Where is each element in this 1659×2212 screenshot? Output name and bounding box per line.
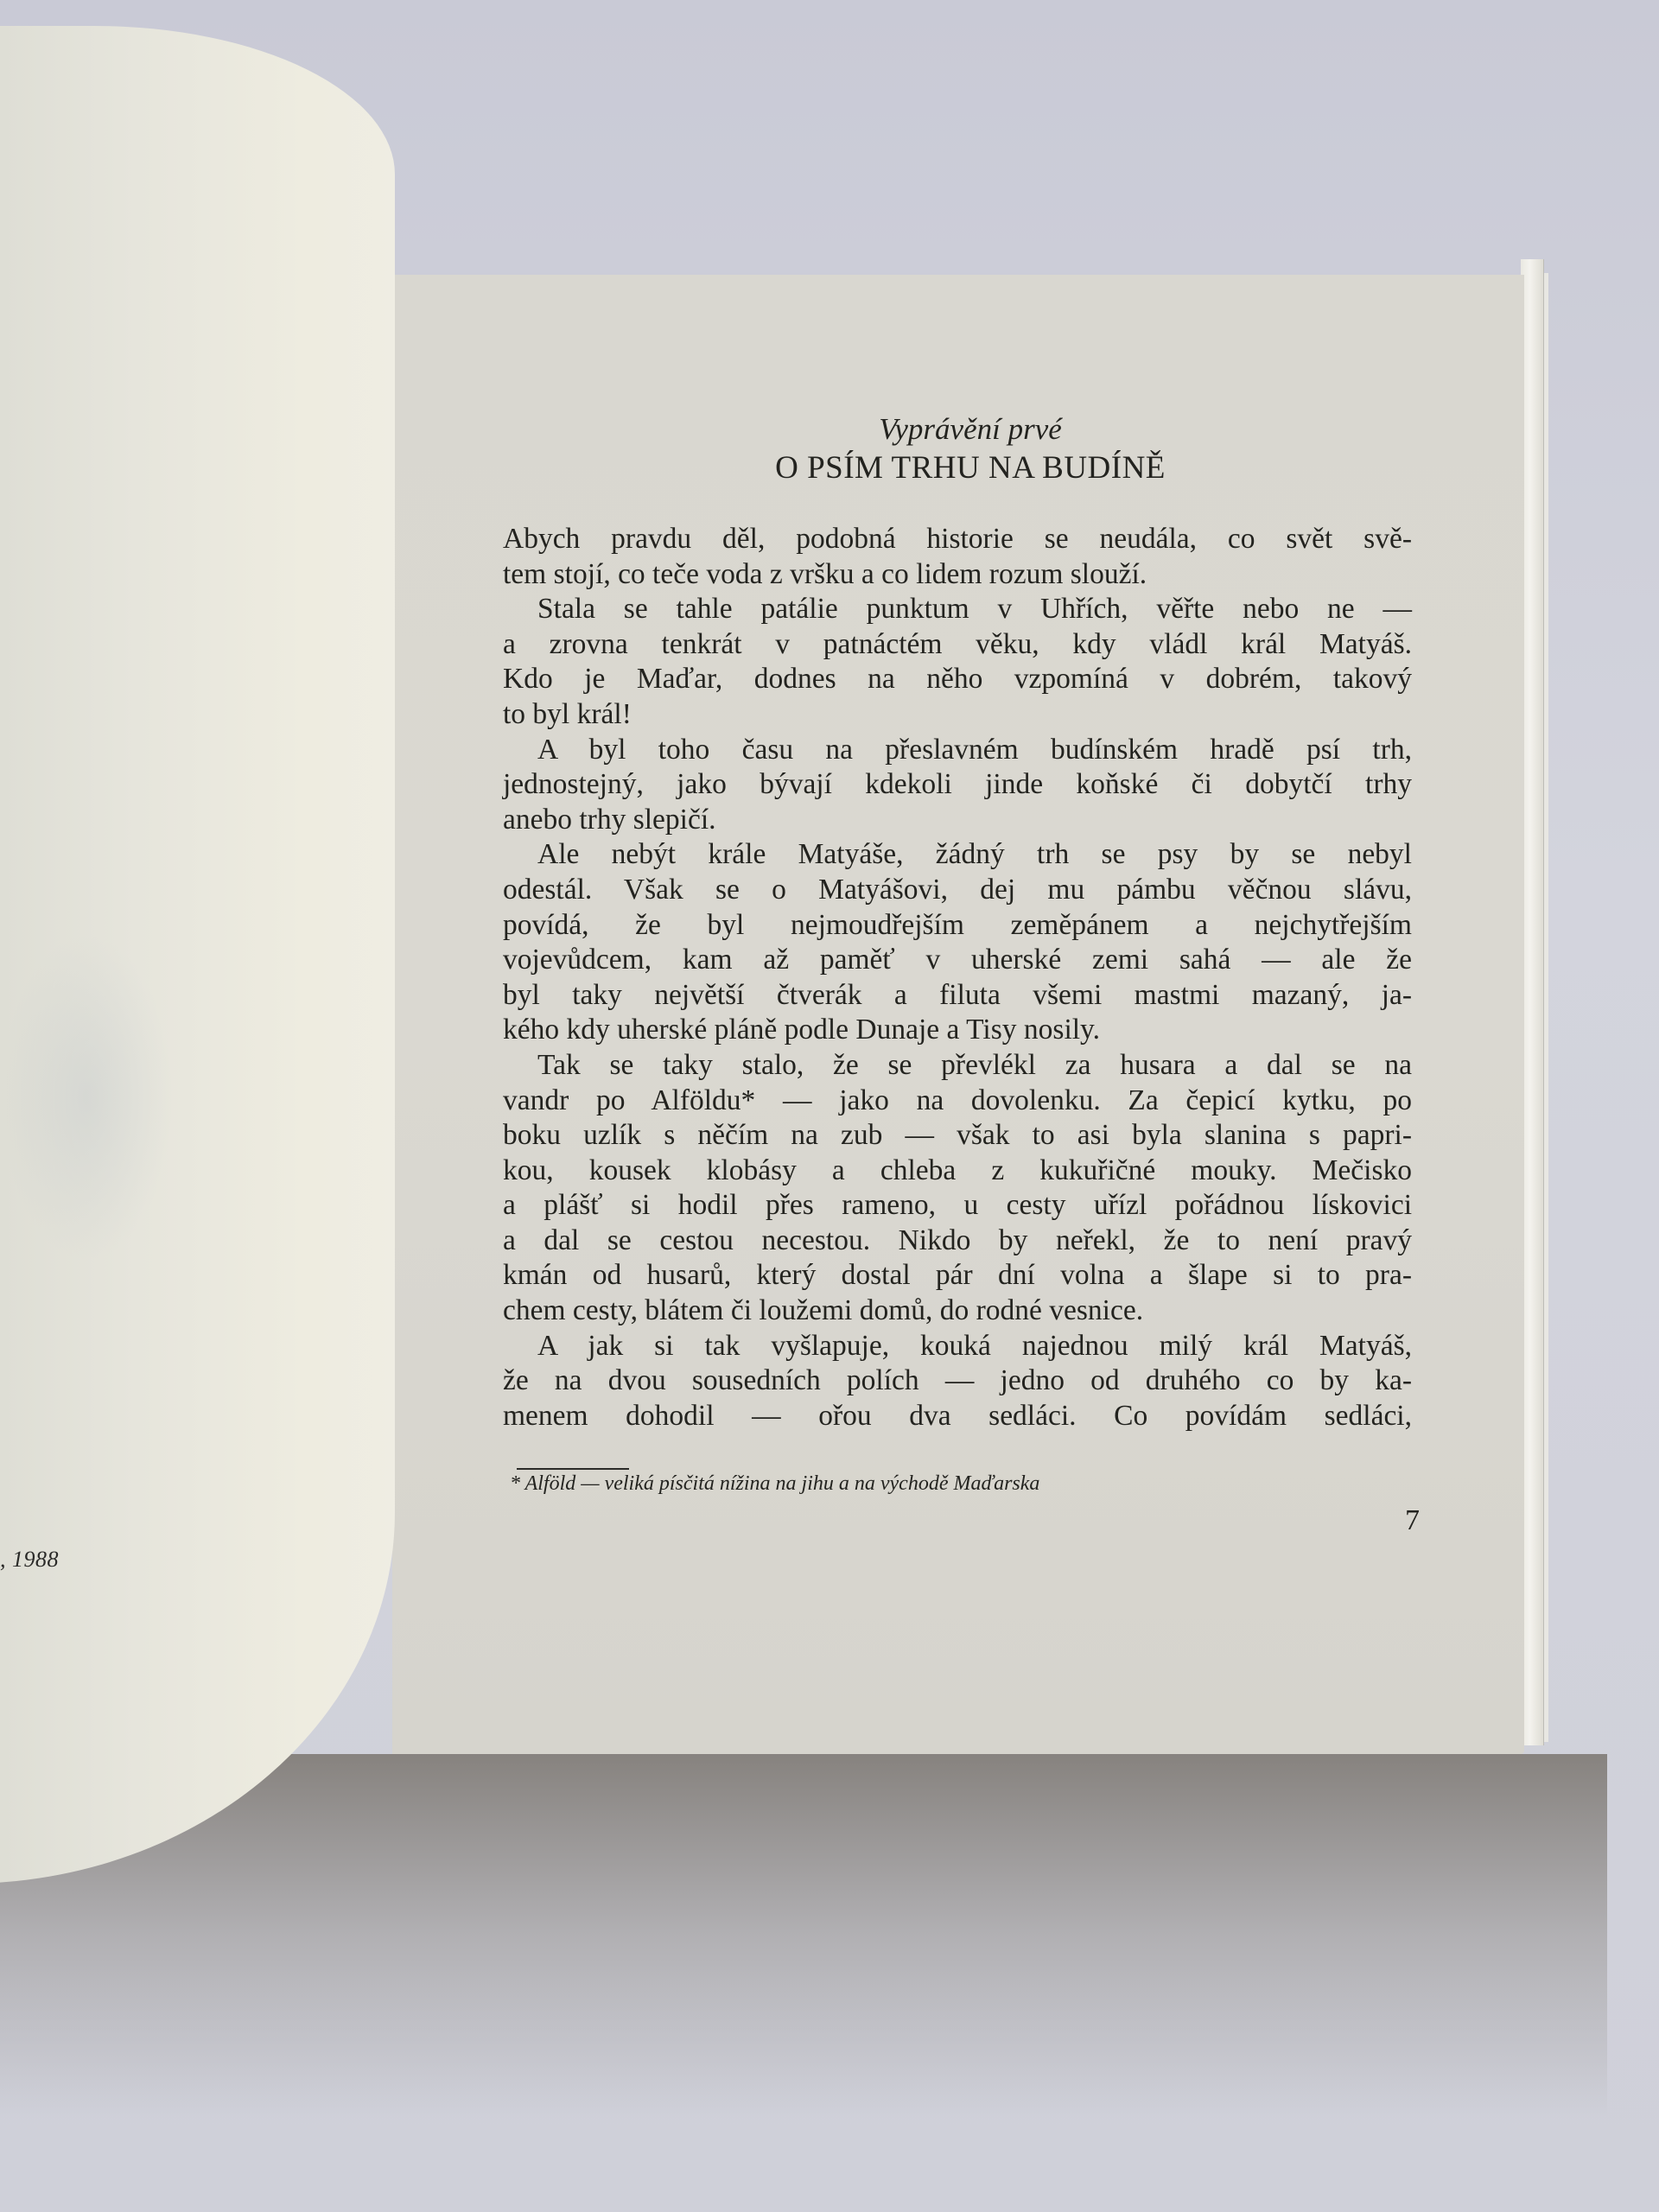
text-line: odestál. Však se o Matyášovi, dej mu pám… [503,873,1412,908]
text-line: anebo trhy slepičí. [503,803,1412,838]
text-line: vojevůdcem, kam až paměť v uherské zemi … [503,943,1412,978]
text-line: a plášť si hodil přes rameno, u cesty uř… [503,1188,1412,1224]
paragraph: Stala se tahle patálie punktum v Uhřích,… [503,592,1412,732]
paragraph: A jak si tak vyšlapuje, kouká najednou m… [503,1329,1412,1434]
text-line: byl taky největší čtverák a filuta všemi… [503,978,1412,1014]
footnote-rule [517,1468,629,1470]
text-line: povídá, že byl nejmoudřejším zeměpánem a… [503,908,1412,944]
text-line: Stala se tahle patálie punktum v Uhřích,… [503,592,1412,627]
page-stack-edge [1521,259,1544,1745]
text-line: Kdo je Maďar, dodnes na něho vzpomíná v … [503,662,1412,697]
text-line: že na dvou sousedních polích — jedno od … [503,1363,1412,1399]
show-through-illustration [0,933,173,1262]
paragraph: Abych pravdu děl, podobná historie se ne… [503,522,1412,592]
chapter-subtitle: Vyprávění prvé [503,411,1412,448]
text-line: kého kdy uherské pláně podle Dunaje a Ti… [503,1013,1412,1048]
text-line: Ale nebýt krále Matyáše, žádný trh se ps… [503,837,1412,873]
text-line: to byl král! [503,697,1412,733]
paragraph: Tak se taky stalo, že se převlékl za hus… [503,1048,1412,1329]
text-line: kmán od husarů, který dostal pár dní vol… [503,1258,1412,1294]
text-line: a dal se cestou necestou. Nikdo by neřek… [503,1224,1412,1259]
text-line: chem cesty, blátem či loužemi domů, do r… [503,1294,1412,1329]
text-line: vandr po Alföldu* — jako na dovolenku. Z… [503,1084,1412,1119]
body-text: Abych pravdu děl, podobná historie se ne… [503,522,1412,1433]
text-line: boku uzlík s něčím na zub — však to asi … [503,1118,1412,1154]
paragraph: Ale nebýt krále Matyáše, žádný trh se ps… [503,837,1412,1048]
paragraph: A byl toho času na přeslavném budínském … [503,733,1412,838]
left-page [0,26,395,1884]
page-content: Vyprávění prvé O PSÍM TRHU NA BUDÍNĚ Aby… [503,411,1412,1433]
chapter-title: O PSÍM TRHU NA BUDÍNĚ [503,449,1412,487]
page-number: 7 [1405,1504,1420,1537]
text-line: Abych pravdu děl, podobná historie se ne… [503,522,1412,557]
text-line: A byl toho času na přeslavném budínském … [503,733,1412,768]
text-line: Tak se taky stalo, že se převlékl za hus… [503,1048,1412,1084]
text-line: a zrovna tenkrát v patnáctém věku, kdy v… [503,627,1412,663]
imprint-year: , 1988 [0,1547,59,1573]
text-line: kou, kousek klobásy a chleba z kukuřičné… [503,1154,1412,1189]
text-line: A jak si tak vyšlapuje, kouká najednou m… [503,1329,1412,1364]
text-line: tem stojí, co teče voda z vršku a co lid… [503,557,1412,593]
footnote: * Alföld — veliká písčitá nížina na jihu… [510,1471,1039,1497]
text-line: jednostejný, jako bývají kdekoli jinde k… [503,767,1412,803]
text-line: menem dohodil — ořou dva sedláci. Co pov… [503,1399,1412,1434]
book-shadow [0,1754,1607,2117]
